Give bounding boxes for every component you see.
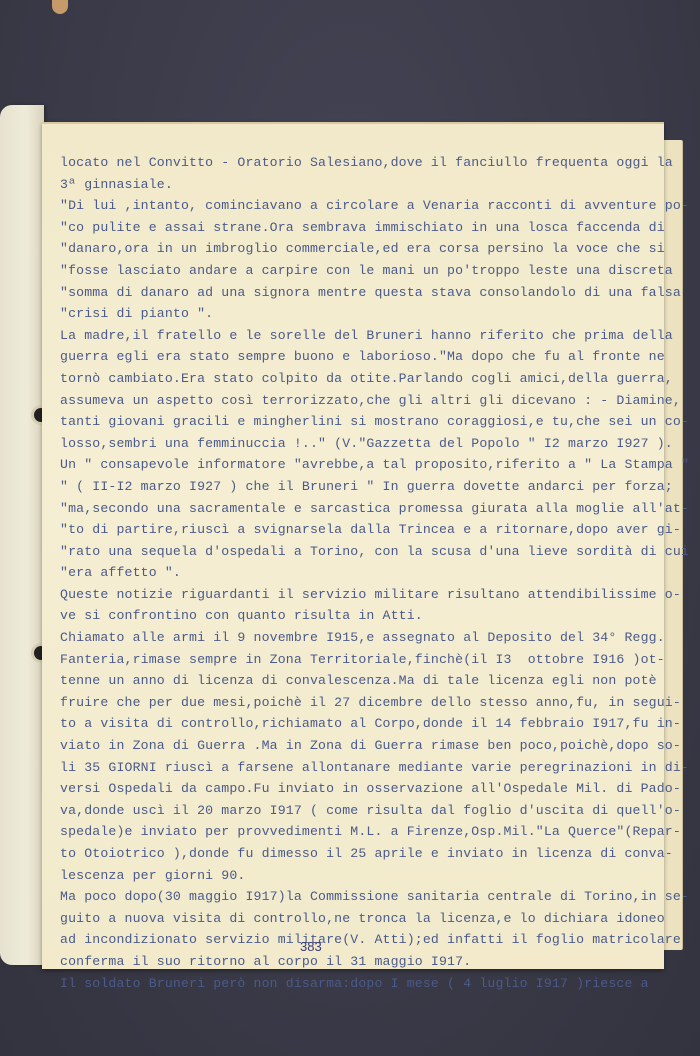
typewritten-page: locato nel Convitto - Oratorio Salesiano… [42,122,664,969]
text-line: guito a nuova visita di controllo,ne tro… [60,908,660,930]
text-line: "ma,secondo una sacramentale e sarcastic… [60,498,660,520]
text-line: guerra egli era stato sempre buono e lab… [60,346,660,368]
text-line: fruire che per due mesi,poichè il 27 dic… [60,692,660,714]
text-line: versi Ospedali da campo.Fu inviato in os… [60,778,660,800]
text-line: "somma di danaro ad una signora mentre q… [60,282,660,304]
text-line: "co pulite e assai strane.Ora sembrava i… [60,217,660,239]
left-page-stack [0,105,44,965]
binder-clip [52,0,68,14]
text-line: Un " consapevole informatore "avrebbe,a … [60,454,660,476]
text-line: tornò cambiato.Era stato colpito da otit… [60,368,660,390]
text-line: lescenza per giorni 90. [60,865,660,887]
text-line: "to di partire,riuscì a svignarsela dall… [60,519,660,541]
text-line: Fanteria,rimase sempre in Zona Territori… [60,649,660,671]
text-line: ad incondizionato servizio militare(V. A… [60,929,660,951]
text-line: Chiamato alle armi il 9 novembre I915,e … [60,627,660,649]
text-line: to Otoiotrico ),donde fu dimesso il 25 a… [60,843,660,865]
text-line: tanti giovani gracili e mingherlini si m… [60,411,660,433]
text-line: to a visita di controllo,richiamato al C… [60,713,660,735]
text-line: Queste notizie riguardanti il servizio m… [60,584,660,606]
text-line: Ma poco dopo(30 maggio I917)la Commissio… [60,886,660,908]
text-line: viato in Zona di Guerra .Ma in Zona di G… [60,735,660,757]
page-body-text: locato nel Convitto - Oratorio Salesiano… [60,152,660,994]
text-line: "danaro,ora in un imbroglio commerciale,… [60,238,660,260]
text-line: "crisi di pianto ". [60,303,660,325]
text-line: li 35 GIORNI riuscì a farsene allontanar… [60,757,660,779]
text-line: "era affetto ". [60,562,660,584]
text-line: va,donde uscì il 20 marzo I917 ( come ri… [60,800,660,822]
text-line: "rato una sequela d'ospedali a Torino, c… [60,541,660,563]
text-line: " ( II-I2 marzo I927 ) che il Bruneri " … [60,476,660,498]
text-line: losso,sembri una femminuccia !.." (V."Ga… [60,433,660,455]
text-line: "fosse lasciato andare a carpire con le … [60,260,660,282]
text-line: 3ª ginnasiale. [60,174,660,196]
text-line: locato nel Convitto - Oratorio Salesiano… [60,152,660,174]
text-line: tenne un anno di licenza di convalescenz… [60,670,660,692]
page-number: 383 [300,939,322,954]
text-line: Il soldato Bruneri però non disarma:dopo… [60,973,660,995]
text-line: ve si confrontino con quanto risulta in … [60,605,660,627]
text-line: assumeva un aspetto così terrorizzato,ch… [60,390,660,412]
text-line: conferma il suo ritorno al corpo il 31 m… [60,951,660,973]
text-line: "Di lui ,intanto, cominciavano a circola… [60,195,660,217]
text-line: La madre,il fratello e le sorelle del Br… [60,325,660,347]
text-line: spedale)e inviato per provvedimenti M.L.… [60,821,660,843]
